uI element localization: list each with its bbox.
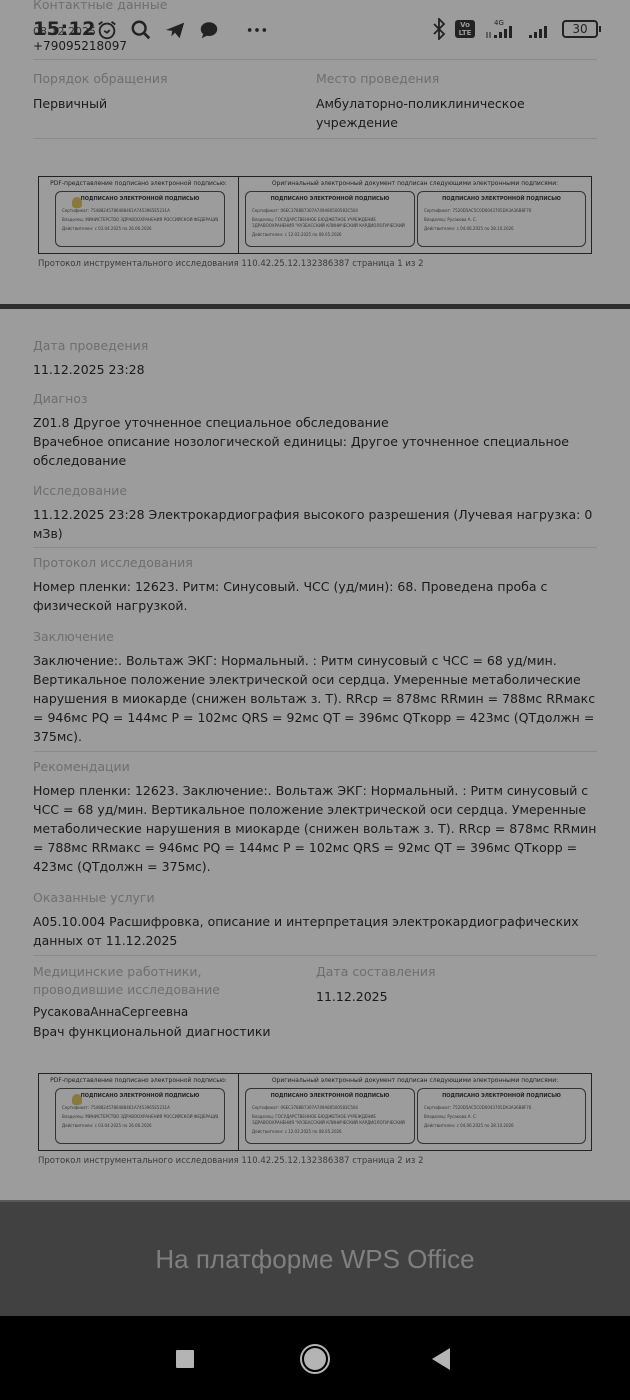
signature-card: ПОДПИСАНО ЭЛЕКТРОННОЙ ПОДПИСЬЮ Сертифика… — [245, 191, 415, 247]
place-label: Место проведения — [316, 70, 597, 88]
recommendations-label: Рекомендации — [33, 758, 597, 776]
alarm-icon — [96, 19, 118, 41]
document-page-2: Дата проведения 11.12.2025 23:28 Диагноз… — [0, 309, 630, 1200]
wps-platform-text: На платформе WPS Office — [0, 1244, 630, 1275]
study-value: 11.12.2025 23:28 Электрокардиография выс… — [33, 505, 597, 543]
signature-card: ПОДПИСАНО ЭЛЕКТРОННОЙ ПОДПИСЬЮ Сертифика… — [245, 1088, 415, 1144]
separator — [33, 547, 597, 548]
volte-icon: VoLTE — [455, 20, 475, 38]
signature-heading: ПОДПИСАНО ЭЛЕКТРОННОЙ ПОДПИСЬЮ — [252, 1093, 408, 1099]
circle-icon — [299, 1343, 331, 1375]
signature-block: PDF-представление подписано электронной … — [38, 1073, 592, 1151]
navigation-bar — [0, 1316, 630, 1400]
signature-owner: Владелец: Русакова А. С. — [424, 217, 579, 223]
signature-valid: Действителен: с 12.02.2025 по 08.05.2026 — [252, 232, 408, 238]
recommendations-value: Номер пленки: 12623. Заключение:. Вольта… — [33, 781, 597, 876]
signature-block: PDF-представление подписано электронной … — [38, 176, 592, 254]
signature-left-title: PDF-представление подписано электронной … — [39, 177, 238, 187]
recents-button[interactable] — [172, 1346, 198, 1372]
signature-right-title: Оригинальный электронный документ подпис… — [239, 177, 591, 187]
signature-card: ПОДПИСАНО ЭЛЕКТРОННОЙ ПОДПИСЬЮ Сертифика… — [55, 191, 225, 247]
back-button[interactable] — [428, 1346, 454, 1372]
signature-card: ПОДПИСАНО ЭЛЕКТРОННОЙ ПОДПИСЬЮ Сертифика… — [55, 1088, 225, 1144]
signal-icon — [527, 18, 553, 40]
signature-cert: Сертификат: 06EC3788B7307A749A80500583C5… — [252, 208, 408, 214]
signature-heading: ПОДПИСАНО ЭЛЕКТРОННОЙ ПОДПИСЬЮ — [424, 1093, 579, 1099]
page-footer: Протокол инструментального исследования … — [38, 259, 424, 269]
study-label: Исследование — [33, 482, 597, 500]
telegram-icon — [164, 19, 186, 41]
compiled-value: 11.12.2025 — [316, 987, 597, 1006]
signature-valid: Действителен: с 03.04.2025 по 26.06.2026 — [62, 226, 218, 232]
staff-name: РусаковаАннаСергеевна — [33, 1003, 316, 1022]
signature-cert: Сертификат: 7520D5AC5C0D0043705DA3A36B8F… — [424, 1105, 579, 1111]
separator — [33, 138, 597, 139]
protocol-label: Протокол исследования — [33, 554, 597, 572]
signature-cert: Сертификат: 06EC3788B7307A749A80500583C5… — [252, 1105, 408, 1111]
wps-footer-bar: На платформе WPS Office — [0, 1200, 630, 1316]
bluetooth-icon — [432, 18, 446, 40]
staff-label: Медицинские работники, проводившие иссле… — [33, 963, 283, 999]
order-label: Порядок обращения — [33, 70, 316, 88]
signature-right-title: Оригинальный электронный документ подпис… — [239, 1074, 591, 1084]
signature-owner: Владелец: Русакова А. С. — [424, 1114, 579, 1120]
date-conducted-value: 11.12.2025 23:28 — [33, 360, 597, 379]
signature-heading: ПОДПИСАНО ЭЛЕКТРОННОЙ ПОДПИСЬЮ — [62, 196, 218, 202]
clock: 15:12 — [33, 18, 96, 40]
status-bar: 15:12 VoLTE 4G 30 — [0, 0, 630, 60]
signature-owner: Владелец: МИНИСТЕРСТВО ЗДРАВООХРАНЕНИЯ Р… — [62, 217, 218, 223]
signature-heading: ПОДПИСАНО ЭЛЕКТРОННОЙ ПОДПИСЬЮ — [424, 196, 579, 202]
separator — [33, 751, 597, 752]
signature-heading: ПОДПИСАНО ЭЛЕКТРОННОЙ ПОДПИСЬЮ — [62, 1093, 218, 1099]
signature-valid: Действителен: с 04.06.2025 по 28.10.2026 — [424, 226, 579, 232]
signature-valid: Действителен: с 03.04.2025 по 26.06.2026 — [62, 1123, 218, 1129]
separator — [33, 955, 597, 956]
svg-text:4G: 4G — [494, 19, 504, 27]
protocol-value: Номер пленки: 12623. Ритм: Синусовый. ЧС… — [33, 577, 597, 615]
conclusion-value: Заключение:. Вольтаж ЭКГ: Нормальный. : … — [33, 651, 597, 746]
date-conducted-label: Дата проведения — [33, 337, 597, 355]
diagnosis-line2: Врачебное описание нозологической единиц… — [33, 432, 597, 470]
search-icon — [130, 19, 152, 41]
compiled-label: Дата составления — [316, 963, 597, 981]
emblem-icon — [72, 1094, 82, 1105]
signature-owner: Владелец: ГОСУДАРСТВЕННОЕ БЮДЖЕТНОЕ УЧРЕ… — [252, 217, 408, 229]
signature-cert: Сертификат: 75488245786488461A7453965E52… — [62, 208, 218, 214]
signature-owner: Владелец: МИНИСТЕРСТВО ЗДРАВООХРАНЕНИЯ Р… — [62, 1114, 218, 1120]
services-value: A05.10.004 Расшифровка, описание и интер… — [33, 912, 597, 950]
diagnosis-label: Диагноз — [33, 390, 597, 408]
signature-valid: Действителен: с 12.02.2025 по 08.05.2026 — [252, 1129, 408, 1135]
place-value: Амбулаторно-поликлиническое учреждение — [316, 94, 597, 132]
staff-position: Врач функциональной диагностики — [33, 1022, 316, 1041]
battery-indicator: 30 — [562, 20, 598, 38]
more-icon — [246, 19, 268, 41]
signature-heading: ПОДПИСАНО ЭЛЕКТРОННОЙ ПОДПИСЬЮ — [252, 196, 408, 202]
services-label: Оказанные услуги — [33, 889, 597, 907]
order-value: Первичный — [33, 94, 316, 113]
conclusion-label: Заключение — [33, 628, 597, 646]
diagnosis-line1: Z01.8 Другое уточненное специальное обсл… — [33, 413, 597, 432]
page-footer: Протокол инструментального исследования … — [38, 1156, 424, 1166]
signal-4g-icon: 4G — [484, 18, 518, 40]
emblem-icon — [72, 197, 82, 208]
signature-valid: Действителен: с 04.06.2025 по 28.10.2026 — [424, 1123, 579, 1129]
signature-cert: Сертификат: 7520D5AC5C0D0043705DA3A36B8F… — [424, 208, 579, 214]
signature-left-title: PDF-представление подписано электронной … — [39, 1074, 238, 1084]
home-button[interactable] — [299, 1343, 331, 1375]
signature-owner: Владелец: ГОСУДАРСТВЕННОЕ БЮДЖЕТНОЕ УЧРЕ… — [252, 1114, 408, 1126]
signature-card: ПОДПИСАНО ЭЛЕКТРОННОЙ ПОДПИСЬЮ Сертифика… — [417, 191, 586, 247]
chat-icon — [198, 19, 220, 41]
square-icon — [172, 1346, 198, 1372]
triangle-back-icon — [428, 1346, 454, 1372]
signature-cert: Сертификат: 75488245786488461A7453965E52… — [62, 1105, 218, 1111]
signature-card: ПОДПИСАНО ЭЛЕКТРОННОЙ ПОДПИСЬЮ Сертифика… — [417, 1088, 586, 1144]
